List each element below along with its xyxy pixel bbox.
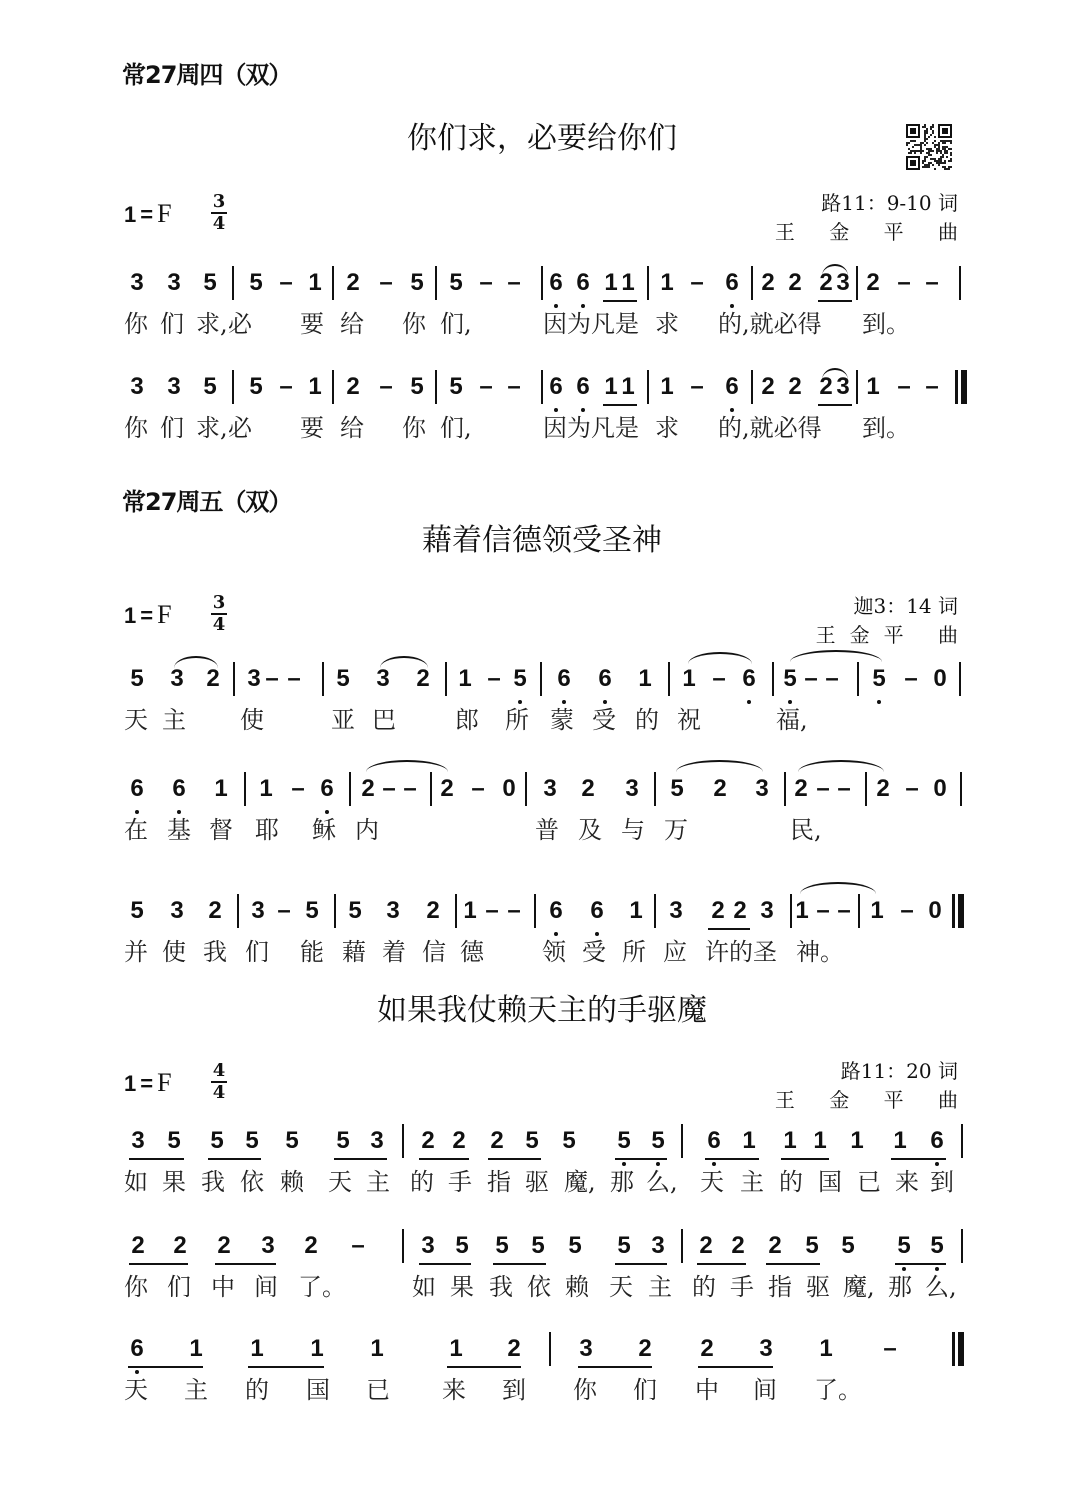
- note: 1: [795, 898, 808, 924]
- note: 2: [761, 270, 774, 296]
- dash-extension: –: [507, 898, 520, 924]
- barline: [549, 1332, 551, 1366]
- note: 0: [933, 666, 946, 692]
- barline: [751, 370, 753, 404]
- lower-octave-dot: [730, 304, 734, 308]
- lyric: 内: [355, 816, 379, 844]
- barline: [654, 894, 656, 928]
- lyric: 们,: [440, 414, 472, 442]
- lyric: 我: [203, 938, 227, 966]
- barline: [961, 1229, 963, 1263]
- lyric: 手: [448, 1168, 472, 1196]
- lyric: 求: [655, 310, 679, 338]
- credit-lyrics: 路11：9-10 词: [775, 187, 958, 216]
- lyric: 应: [663, 938, 687, 966]
- barline: [654, 772, 656, 806]
- ts-bottom: 4: [213, 215, 226, 233]
- dash-extension: –: [904, 666, 917, 692]
- ts-top: 4: [213, 1062, 226, 1080]
- note: 5: [410, 270, 423, 296]
- dash-extension: –: [351, 1233, 364, 1259]
- lyric: 使: [240, 706, 264, 734]
- note: 1: [250, 1336, 263, 1362]
- song-title: 你们求，必要给你们: [407, 113, 677, 157]
- lower-octave-dot: [902, 1267, 906, 1271]
- lyric: 果: [162, 1168, 186, 1196]
- key-equals: =: [140, 603, 153, 628]
- lyric: 在: [124, 816, 148, 844]
- lyric: 间: [254, 1273, 278, 1301]
- lyric: 天: [328, 1168, 352, 1196]
- lyric: 们: [245, 938, 269, 966]
- slur-tie: [822, 264, 848, 276]
- dash-extension: –: [479, 374, 492, 400]
- score-page: { "songs": [ { "day_label": "常27周四（双）", …: [0, 0, 1084, 1488]
- lyric: 所: [505, 706, 529, 734]
- dash-extension: –: [277, 898, 290, 924]
- lower-octave-dot: [603, 700, 607, 704]
- beam-underline: [129, 1158, 184, 1160]
- beam-underline: [891, 1158, 946, 1160]
- note: 6: [930, 1128, 943, 1154]
- lyric: 国: [306, 1376, 330, 1404]
- lyric: 如: [124, 1168, 148, 1196]
- note: 1: [259, 776, 272, 802]
- barline: [856, 370, 858, 404]
- lyric: 天: [700, 1168, 724, 1196]
- note: 3: [130, 270, 143, 296]
- note: 3: [251, 898, 264, 924]
- note: 5: [449, 270, 462, 296]
- lyric: 们: [160, 414, 184, 442]
- lower-octave-dot: [730, 408, 734, 412]
- note: 5: [568, 1233, 581, 1259]
- barline: [541, 266, 543, 300]
- dash-extension: –: [291, 776, 304, 802]
- note: 5: [841, 1233, 854, 1259]
- lower-octave-dot: [747, 700, 751, 704]
- note: 1: [870, 898, 883, 924]
- lyric: 驱: [806, 1273, 830, 1301]
- time-signature: 34: [211, 594, 227, 634]
- lyric: 督: [209, 816, 233, 844]
- dash-extension: –: [479, 270, 492, 296]
- beam-underline: [248, 1366, 324, 1368]
- beam-underline: [781, 1158, 829, 1160]
- note: 2: [421, 1128, 434, 1154]
- barline: [349, 772, 351, 806]
- key-one: 1: [124, 1071, 136, 1096]
- dash-extension: –: [379, 270, 392, 296]
- dash-extension: –: [897, 374, 910, 400]
- lyric: 已: [857, 1168, 881, 1196]
- dash-extension: –: [471, 776, 484, 802]
- barline: [237, 894, 239, 928]
- dash-extension: –: [825, 666, 838, 692]
- lyric: 主: [366, 1168, 390, 1196]
- lyric: 普: [535, 816, 559, 844]
- note: 5: [617, 1233, 630, 1259]
- beam-underline: [603, 300, 637, 302]
- note: 5: [305, 898, 318, 924]
- lyric: 赖: [565, 1273, 589, 1301]
- lyric: 我: [201, 1168, 225, 1196]
- note: 3: [167, 374, 180, 400]
- note: 2: [731, 1233, 744, 1259]
- dash-extension: –: [690, 270, 703, 296]
- credit-block: 迦3：14 词王金平 曲: [816, 590, 958, 648]
- lyric: 到。: [862, 310, 910, 338]
- note: 1: [866, 374, 879, 400]
- note: 5: [336, 666, 349, 692]
- barline: [961, 1124, 963, 1158]
- note: 3: [376, 666, 389, 692]
- note: 1: [813, 1128, 826, 1154]
- barline: [865, 772, 867, 806]
- dash-extension: –: [487, 666, 500, 692]
- note: 5: [897, 1233, 910, 1259]
- dash-extension: –: [900, 898, 913, 924]
- note: 5: [167, 1128, 180, 1154]
- lyric: 所: [622, 938, 646, 966]
- lyric: 的,就必得: [718, 414, 822, 442]
- lyric: 求,: [196, 310, 228, 338]
- lyric: 信: [422, 938, 446, 966]
- lyric: 间: [753, 1376, 777, 1404]
- lyric: 来: [442, 1376, 466, 1404]
- lyric: 的: [635, 706, 659, 734]
- note: 1: [308, 374, 321, 400]
- slur-tie: [800, 882, 876, 894]
- note: 2: [876, 776, 889, 802]
- lyric: 受: [582, 938, 606, 966]
- barline: [959, 266, 961, 300]
- lyric: 中: [211, 1273, 235, 1301]
- lyric: 那: [610, 1168, 634, 1196]
- note: 2: [507, 1336, 520, 1362]
- barline: [540, 662, 542, 696]
- lyric: 指: [768, 1273, 792, 1301]
- note: 6: [549, 270, 562, 296]
- lower-octave-dot: [135, 1370, 139, 1374]
- lyric: 并: [124, 938, 148, 966]
- lyric: 福,: [776, 706, 808, 734]
- note: 6: [557, 666, 570, 692]
- barline: [961, 370, 967, 404]
- lyric: 那: [888, 1273, 912, 1301]
- lyric: 已: [366, 1376, 390, 1404]
- note: 2: [699, 1233, 712, 1259]
- time-signature: 44: [211, 1062, 227, 1102]
- lower-octave-dot: [935, 1267, 939, 1271]
- barline: [952, 1332, 955, 1366]
- note: 3: [386, 898, 399, 924]
- beam-underline: [615, 1263, 667, 1265]
- lyric: 蒙: [550, 706, 574, 734]
- lyric: 万: [664, 816, 688, 844]
- lyric: 许的圣: [705, 938, 777, 966]
- dash-extension: –: [905, 776, 918, 802]
- lyric: 必: [228, 310, 252, 338]
- lyric: 你: [402, 310, 426, 338]
- lyric: 你: [124, 310, 148, 338]
- ts-top: 3: [213, 594, 226, 612]
- lower-octave-dot: [177, 810, 181, 814]
- barline: [681, 1124, 683, 1158]
- lower-octave-dot: [935, 1162, 939, 1166]
- lyric: 手: [730, 1273, 754, 1301]
- song-title: 藉着信德领受圣神: [422, 515, 662, 559]
- barline: [958, 894, 964, 928]
- dash-extension: –: [897, 270, 910, 296]
- lyric: 亚: [331, 706, 355, 734]
- beam-underline: [766, 1263, 820, 1265]
- dash-extension: –: [287, 666, 300, 692]
- barline: [668, 662, 670, 696]
- lyric: 受: [592, 706, 616, 734]
- barline: [772, 662, 774, 696]
- beam-underline: [215, 1263, 276, 1265]
- day-label: 常27周五（双）: [122, 482, 291, 517]
- dash-extension: –: [883, 1336, 896, 1362]
- barline: [955, 370, 958, 404]
- key-equals: =: [140, 202, 153, 227]
- note: 3: [669, 898, 682, 924]
- note: 1: [621, 374, 634, 400]
- note: 2: [490, 1128, 503, 1154]
- lower-octave-dot: [554, 932, 558, 936]
- key-one: 1: [124, 603, 136, 628]
- beam-underline: [208, 1158, 261, 1160]
- beam-underline: [578, 1366, 652, 1368]
- barline: [322, 662, 324, 696]
- note: 5: [449, 374, 462, 400]
- beam-underline: [488, 1158, 541, 1160]
- time-signature: 34: [211, 193, 227, 233]
- note: 6: [130, 1336, 143, 1362]
- note: 2: [426, 898, 439, 924]
- lyric: 依: [240, 1168, 264, 1196]
- note: 3: [261, 1233, 274, 1259]
- slur-tie: [174, 656, 218, 668]
- note: 2: [788, 374, 801, 400]
- lyric: 巴: [372, 706, 396, 734]
- barline: [430, 772, 432, 806]
- lyric: 天: [124, 706, 148, 734]
- beam-underline: [697, 1263, 746, 1265]
- note: 3: [167, 270, 180, 296]
- lyric: 了。: [298, 1273, 346, 1301]
- lyric: 魔,: [564, 1168, 596, 1196]
- lyric: 的,就必得: [718, 310, 822, 338]
- note: 2: [788, 270, 801, 296]
- lyric: 民,: [790, 816, 822, 844]
- beam-underline: [447, 1366, 521, 1368]
- barline: [857, 662, 859, 696]
- lyric: 因为凡是: [543, 414, 639, 442]
- note: 2: [346, 374, 359, 400]
- dash-extension: –: [804, 666, 817, 692]
- note: 3: [755, 776, 768, 802]
- lyric: 着: [382, 938, 406, 966]
- note: 2: [638, 1336, 651, 1362]
- lyric: 你: [124, 414, 148, 442]
- lyric: 主: [184, 1376, 208, 1404]
- barline: [435, 266, 437, 300]
- note: 2: [761, 374, 774, 400]
- lyric: 中: [695, 1376, 719, 1404]
- barline: [790, 894, 792, 928]
- note: 5: [130, 898, 143, 924]
- slur-tie: [790, 650, 882, 662]
- dash-extension: –: [382, 776, 395, 802]
- barline: [525, 772, 527, 806]
- note: 5: [455, 1233, 468, 1259]
- lower-octave-dot: [554, 304, 558, 308]
- lyric: 们,: [440, 310, 472, 338]
- lyric: 要: [300, 414, 324, 442]
- barline: [244, 772, 246, 806]
- note: 3: [170, 666, 183, 692]
- barline: [647, 266, 649, 300]
- lyric: 与: [621, 816, 645, 844]
- lyric: 主: [162, 706, 186, 734]
- credit-lyrics: 路11：20 词: [775, 1055, 958, 1084]
- dash-extension: –: [712, 666, 725, 692]
- key-note: F: [157, 1068, 171, 1097]
- note: 6: [598, 666, 611, 692]
- note: 1: [604, 270, 617, 296]
- note: 2: [173, 1233, 186, 1259]
- note: 3: [421, 1233, 434, 1259]
- barline: [534, 894, 536, 928]
- dash-extension: –: [837, 776, 850, 802]
- lower-octave-dot: [325, 810, 329, 814]
- note: 2: [208, 898, 221, 924]
- note: 6: [172, 776, 185, 802]
- beam-underline: [493, 1263, 546, 1265]
- key-one: 1: [124, 202, 136, 227]
- beam-underline: [708, 928, 750, 930]
- lyric: 求,: [196, 414, 228, 442]
- lyric: 你: [124, 1273, 148, 1301]
- note: 6: [725, 374, 738, 400]
- beam-underline: [129, 1263, 188, 1265]
- note: 6: [742, 666, 755, 692]
- lower-octave-dot: [788, 700, 792, 704]
- note: 2: [217, 1233, 230, 1259]
- lyric: 耶: [255, 816, 279, 844]
- barline: [445, 662, 447, 696]
- key-note: F: [157, 600, 171, 629]
- note: 2: [452, 1128, 465, 1154]
- barline: [232, 266, 234, 300]
- lyric: 稣: [312, 816, 336, 844]
- note: 1: [189, 1336, 202, 1362]
- credit-block: 路11：9-10 词王 金 平 曲: [775, 187, 958, 245]
- lyric: 给: [340, 414, 364, 442]
- lyric: 领: [542, 938, 566, 966]
- key-equals: =: [140, 1071, 153, 1096]
- note: 5: [513, 666, 526, 692]
- note: 3: [651, 1233, 664, 1259]
- beam-underline: [419, 1263, 471, 1265]
- credit-lyrics: 迦3：14 词: [816, 590, 958, 619]
- note: 6: [576, 374, 589, 400]
- note: 5: [249, 270, 262, 296]
- lower-octave-dot: [712, 1162, 716, 1166]
- barline: [856, 266, 858, 300]
- note: 6: [549, 898, 562, 924]
- note: 0: [928, 898, 941, 924]
- note: 5: [203, 270, 216, 296]
- beam-underline: [128, 1366, 203, 1368]
- dash-extension: –: [485, 898, 498, 924]
- lyric: 要: [300, 310, 324, 338]
- barline: [858, 894, 860, 928]
- note: 5: [617, 1128, 630, 1154]
- lyric: 果: [450, 1273, 474, 1301]
- barline: [455, 894, 457, 928]
- barline: [958, 1332, 964, 1366]
- lower-octave-dot: [518, 700, 522, 704]
- barline: [960, 772, 962, 806]
- beam-underline: [419, 1158, 469, 1160]
- note: 5: [249, 374, 262, 400]
- barline: [332, 370, 334, 404]
- slur-tie: [688, 652, 752, 664]
- key-note: F: [157, 199, 171, 228]
- lyric: 国: [818, 1168, 842, 1196]
- lyric: 的: [245, 1376, 269, 1404]
- lyric: 能: [300, 938, 324, 966]
- song-title: 如果我仗赖天主的手驱魔: [377, 985, 707, 1029]
- note: 1: [308, 270, 321, 296]
- lyric: 德: [460, 938, 484, 966]
- ts-bottom: 4: [213, 616, 226, 634]
- note: 1: [604, 374, 617, 400]
- lyric: 因为凡是: [543, 310, 639, 338]
- lyric: 的: [692, 1273, 716, 1301]
- slur-tie: [822, 368, 848, 380]
- note: 2: [346, 270, 359, 296]
- barline: [751, 266, 753, 300]
- note: 1: [463, 898, 476, 924]
- key-signature: 1=F: [124, 1068, 172, 1098]
- note: 1: [850, 1128, 863, 1154]
- lyric: 及: [578, 816, 602, 844]
- lyric: 给: [340, 310, 364, 338]
- note: 5: [872, 666, 885, 692]
- note: 5: [285, 1128, 298, 1154]
- note: 2: [700, 1336, 713, 1362]
- credit-music: 王 金 平 曲: [775, 1084, 972, 1113]
- lyric: 驱: [525, 1168, 549, 1196]
- note: 5: [348, 898, 361, 924]
- beam-underline: [705, 1158, 759, 1160]
- dash-extension: –: [379, 374, 392, 400]
- lyric: 么,: [646, 1168, 678, 1196]
- note: 1: [682, 666, 695, 692]
- note: 6: [590, 898, 603, 924]
- lyric: 求: [655, 414, 679, 442]
- note: 2: [768, 1233, 781, 1259]
- lower-octave-dot: [656, 1162, 660, 1166]
- note: 5: [210, 1128, 223, 1154]
- note: 5: [930, 1233, 943, 1259]
- note: 5: [525, 1128, 538, 1154]
- beam-underline: [334, 1158, 387, 1160]
